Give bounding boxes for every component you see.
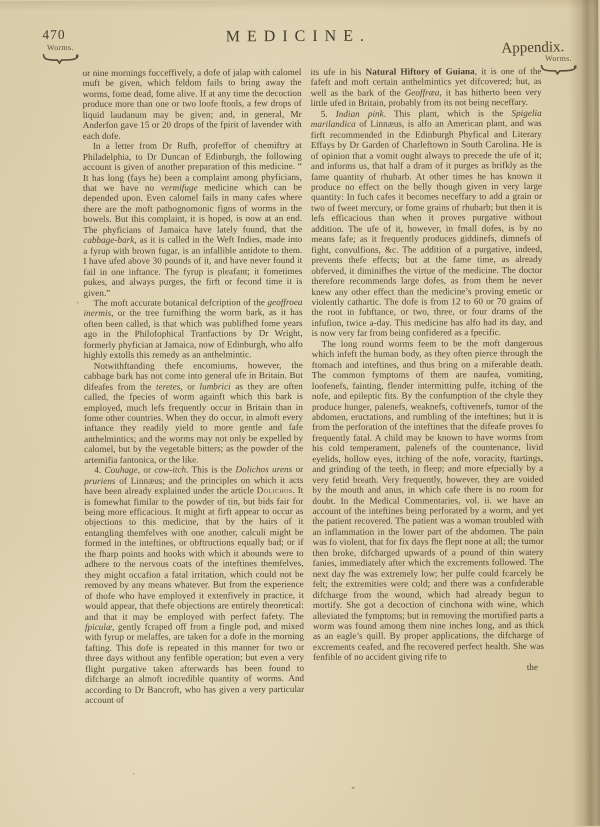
margin-note-label: Worms. — [40, 43, 80, 52]
text-segment: or — [292, 464, 303, 474]
text-column-right: its ufe in his Natural Hiftory of Guiana… — [310, 66, 544, 779]
text-segment: cabbage-bark — [83, 235, 134, 245]
text-segment: Dolichos — [257, 485, 293, 495]
text-segment: . This is the — [186, 465, 235, 475]
text-segment: Natural Hiftory of Guiana — [366, 66, 475, 76]
text-segment: pruriens — [84, 475, 115, 485]
text-segment: . It is fomewhat fimilar to the powder o… — [84, 485, 304, 621]
text-segment: cow-itch — [154, 465, 186, 475]
text-segment: fpiculæ — [85, 622, 112, 632]
catchword: the — [313, 662, 544, 673]
page-edge-shadow — [568, 0, 600, 826]
text-segment: vermifuge — [161, 182, 198, 192]
page-top-shadow — [0, 0, 598, 11]
margin-note-worms-left: Worms. — [40, 43, 80, 64]
paragraph: or nine mornings fucceffively, a dofe of… — [82, 67, 301, 141]
text-segment: The moft accurate botanical defcription … — [93, 297, 267, 308]
text-segment: Geoffræa — [405, 87, 440, 97]
text-segment: 4. — [94, 465, 104, 475]
text-segment: , or — [180, 381, 199, 391]
text-segment: 5. — [321, 109, 336, 119]
paragraph: The long round worms feem to be the moft… — [312, 338, 544, 663]
text-segment: , or — [138, 465, 155, 475]
scan-speck — [133, 773, 135, 775]
paragraph: In a letter from Dr Rufh, profeffor of c… — [83, 140, 303, 298]
text-segment: , gently fcraped off from a fingle pod, … — [85, 621, 304, 705]
text-segment: , or the tree furnifhing the worm bark, … — [84, 307, 303, 360]
paragraph: 4. Couhage, or cow-itch. This is the Dol… — [84, 464, 304, 705]
text-column-left: or nine mornings fucceffively, a dofe of… — [82, 67, 304, 780]
text-segment: as they are often called, the fpecies of… — [84, 381, 303, 465]
brace-icon — [42, 53, 78, 64]
scan-speck — [352, 787, 355, 789]
text-segment: . This plant, which is the — [384, 108, 512, 119]
paragraph: 5. Indian pink. This plant, which is the… — [311, 108, 543, 339]
text-segment: or nine mornings fucceffively, a dofe of… — [82, 67, 301, 141]
text-segment: Couhage — [105, 465, 138, 475]
text-segment: The long round worms feem to be the moft… — [312, 338, 544, 663]
paragraph: The moft accurate botanical defcription … — [83, 297, 302, 361]
paragraph: its ufe in his Natural Hiftory of Guiana… — [310, 66, 541, 109]
text-segment: its ufe in his — [310, 67, 365, 77]
text-segment: Dolichos urens — [235, 464, 292, 474]
text-segment: Indian pink — [336, 108, 384, 118]
scan-speck — [77, 301, 79, 304]
text-segment: lumbrici — [199, 381, 230, 391]
text-segment: of Linnæus, is alfo an American plant, a… — [311, 118, 543, 338]
book-page: 470 MEDICINE. Appendix. Worms. Worms. or… — [0, 0, 600, 827]
text-segment: teretes — [156, 381, 180, 391]
paragraph: Notwithftanding thefe encomiums, however… — [84, 360, 303, 465]
